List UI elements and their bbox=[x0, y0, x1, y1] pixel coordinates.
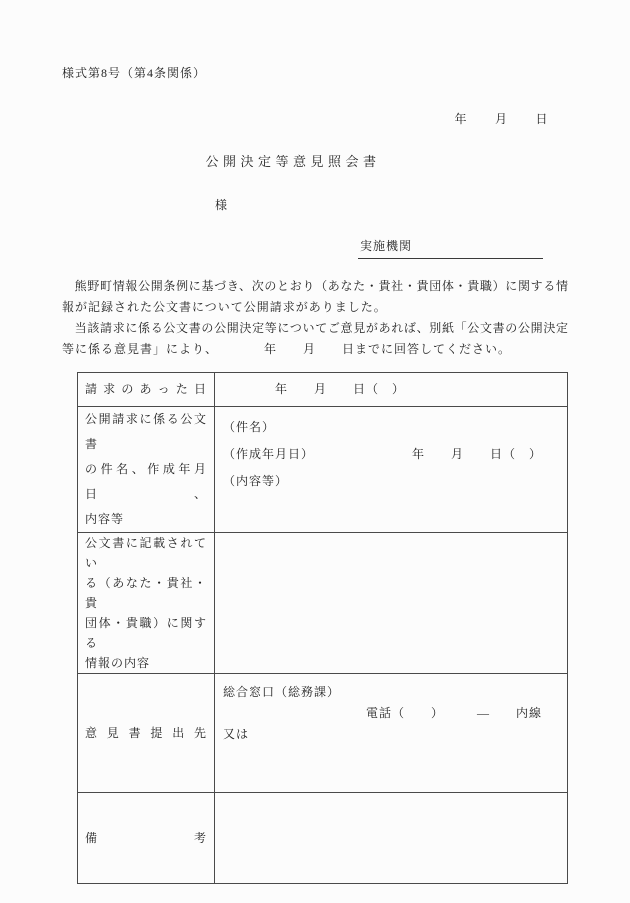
document-details-label-line: 内容等 bbox=[85, 507, 207, 532]
request-date-value-cell: 年 月 日（ ） bbox=[215, 373, 568, 407]
recorded-information-label-line: る（あなた・貴社・貴 bbox=[85, 573, 207, 613]
request-info-table: 請求のあった日 年 月 日（ ） 公開請求に係る公文書 の件名、作成年月日、 内… bbox=[77, 372, 568, 884]
paragraph-line: 熊野町情報公開条例に基づき、次のとおり（あなた・貴社・貴団体・貴職）に関する情 bbox=[62, 276, 568, 297]
opinion-submission-label-cell: 意見書提出先 bbox=[78, 674, 215, 793]
recorded-information-label-cell: 公文書に記載されてい る（あなた・貴社・貴 団体・貴職）に関する 情報の内容 bbox=[78, 533, 215, 674]
recorded-information-label-line: 団体・貴職）に関する bbox=[85, 613, 207, 653]
request-date-label: 請求のあった日 bbox=[85, 379, 207, 400]
document-creation-date-field: （作成年月日） 年 月 日（ ） bbox=[223, 441, 563, 468]
remarks-label-cell: 備考 bbox=[78, 793, 215, 884]
paragraph-line: 等に係る意見書」により、 年 月 日までに回答してください。 bbox=[62, 339, 568, 360]
addressee-honorific: 様 bbox=[215, 196, 227, 213]
request-date-label-cell: 請求のあった日 bbox=[78, 373, 215, 407]
opinion-submission-label: 意見書提出先 bbox=[85, 723, 207, 744]
document-details-value-cell: （件名） （作成年月日） 年 月 日（ ） （内容等） bbox=[215, 407, 568, 533]
agency-signature-line: 実施機関 bbox=[358, 237, 543, 259]
opinion-submission-value-cell: 総合窓口（総務課） 電話（ ） ― 内線 又は bbox=[215, 674, 568, 793]
recorded-information-value-cell bbox=[215, 533, 568, 674]
table-row-document-details: 公開請求に係る公文書 の件名、作成年月日、 内容等 （件名） （作成年月日） 年… bbox=[78, 407, 568, 533]
agency-label: 実施機関 bbox=[358, 239, 412, 253]
body-paragraph-2: 当該請求に係る公文書の公開決定等についてご意見があれば、別紙「公文書の公開決定 … bbox=[62, 318, 568, 360]
document-title: 公開決定等意見照会書 bbox=[0, 151, 630, 170]
body-paragraph-1: 熊野町情報公開条例に基づき、次のとおり（あなた・貴社・貴団体・貴職）に関する情 … bbox=[62, 276, 568, 318]
document-details-label-line: の件名、作成年月日、 bbox=[85, 457, 207, 507]
document-details-label-line: 公開請求に係る公文書 bbox=[85, 407, 207, 457]
document-details-label-cell: 公開請求に係る公文書 の件名、作成年月日、 内容等 bbox=[78, 407, 215, 533]
table-row-request-date: 請求のあった日 年 月 日（ ） bbox=[78, 373, 568, 407]
document-page: 様式第8号（第4条関係） 年 月 日 公開決定等意見照会書 様 実施機関 熊野町… bbox=[0, 0, 630, 903]
submission-office-line: 総合窓口（総務課） bbox=[223, 682, 563, 703]
submission-phone-line: 電話（ ） ― 内線 bbox=[223, 703, 563, 724]
table-row-opinion-submission: 意見書提出先 総合窓口（総務課） 電話（ ） ― 内線 又は bbox=[78, 674, 568, 793]
date-line: 年 月 日 bbox=[454, 110, 549, 127]
table-row-remarks: 備考 bbox=[78, 793, 568, 884]
remarks-value-cell bbox=[215, 793, 568, 884]
recorded-information-label-line: 公文書に記載されてい bbox=[85, 533, 207, 573]
paragraph-line: 報が記録された公文書について公開請求がありました。 bbox=[62, 297, 568, 318]
paragraph-line: 当該請求に係る公文書の公開決定等についてご意見があれば、別紙「公文書の公開決定 bbox=[62, 318, 568, 339]
document-title-field: （件名） bbox=[223, 414, 563, 441]
recorded-information-label-line: 情報の内容 bbox=[85, 653, 207, 673]
form-number: 様式第8号（第4条関係） bbox=[62, 64, 206, 81]
submission-alternative-line: 又は bbox=[223, 724, 563, 745]
remarks-label: 備考 bbox=[85, 828, 207, 849]
document-contents-field: （内容等） bbox=[223, 468, 563, 495]
request-date-value: 年 月 日（ ） bbox=[223, 379, 563, 400]
table-row-recorded-information: 公文書に記載されてい る（あなた・貴社・貴 団体・貴職）に関する 情報の内容 bbox=[78, 533, 568, 674]
